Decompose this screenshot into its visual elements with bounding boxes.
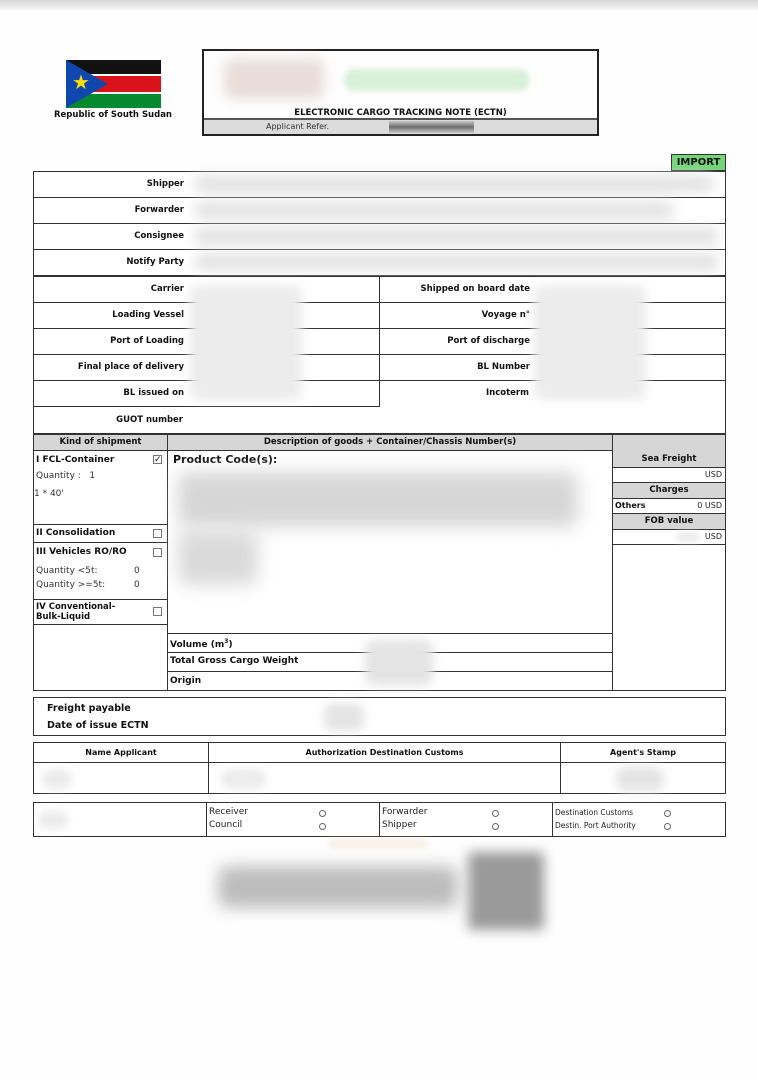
conventional-label: IV Conventional-Bulk-Liquid (36, 602, 115, 622)
redacted-container-numbers (178, 530, 258, 585)
qty-ge5-value: 0 (134, 580, 140, 590)
document-header: ELECTRONIC CARGO TRACKING NOTE (ECTN) Ap… (202, 49, 599, 136)
row-consignee: Consignee (33, 223, 726, 250)
redacted-product-codes (178, 472, 578, 527)
sea-freight-value: USD (612, 467, 726, 483)
forwarder-radio[interactable] (492, 810, 499, 817)
redacted-agency-name (344, 69, 529, 91)
conventional-checkbox[interactable] (153, 607, 162, 616)
product-codes-label: Product Code(s): (173, 453, 277, 466)
fob-currency: USD (705, 532, 722, 541)
import-badge: IMPORT (671, 154, 726, 171)
fob-value-header: FOB value (612, 513, 726, 530)
star-icon: ★ (72, 72, 90, 92)
redacted-value (194, 253, 719, 271)
volume-label-close: ) (228, 640, 232, 650)
bl-number-label: BL Number (380, 362, 530, 372)
vehicles-row: III Vehicles RO/RO Quantity <5t: 0 Quant… (33, 542, 168, 600)
port-of-discharge-label: Port of discharge (380, 336, 530, 346)
carrier-label: Carrier (34, 284, 184, 294)
forwarder-recipient-label: Forwarder (382, 807, 427, 817)
others-row: Others 0 USD (612, 498, 726, 514)
shipper-radio[interactable] (492, 823, 499, 830)
name-applicant-header: Name Applicant (33, 742, 209, 763)
fcl-container-checkbox[interactable]: ✓ (153, 455, 162, 464)
guot-number-label: GUOT number (33, 415, 183, 425)
port-authority-radio[interactable] (664, 823, 671, 830)
redacted-qr-code (468, 852, 544, 930)
vehicles-label: III Vehicles RO/RO (36, 547, 127, 557)
freight-payable-label: Freight payable (47, 703, 131, 714)
port-authority-label: Destin. Port Authority (555, 821, 636, 830)
date-of-issue-label: Date of issue ECTN (47, 720, 149, 731)
consolidation-label: II Consolidation (36, 528, 115, 538)
receiver-radio[interactable] (319, 810, 326, 817)
agent-stamp-cell (560, 762, 726, 794)
kind-of-shipment-header: Kind of shipment (33, 434, 168, 451)
name-applicant-cell (33, 762, 209, 794)
payment-box: Freight payable Date of issue ECTN (33, 697, 726, 736)
fcl-container-label: I FCL-Container (36, 455, 114, 465)
row-shipper: Shipper (33, 171, 726, 198)
redacted-transport-values-right (534, 285, 646, 400)
incoterm-label: Incoterm (379, 388, 529, 398)
volume-label-text: Volume (m (170, 640, 224, 650)
qty-ge5-label: Quantity >=5t: (36, 580, 105, 590)
sea-freight-header: Sea Freight (612, 434, 726, 468)
shipper-label: Shipper (34, 179, 184, 189)
redacted-fob-amount (676, 532, 700, 542)
redacted-transport-values-left (190, 285, 302, 400)
receiver-label: Receiver (209, 807, 248, 817)
forwarder-label: Forwarder (34, 205, 184, 215)
bl-issued-on-label: BL issued on (34, 388, 184, 398)
check-icon: ✓ (154, 455, 162, 465)
applicant-ref-label: Applicant Refer. (266, 122, 329, 131)
weight-label: Total Gross Cargo Weight (170, 656, 298, 666)
volume-label: Volume (m3) (170, 638, 233, 650)
final-place-label: Final place of delivery (34, 362, 184, 372)
redacted-volume-weight (365, 640, 433, 685)
redacted-stamp-trace (328, 840, 428, 848)
redacted-value (194, 201, 674, 219)
others-label: Others (615, 501, 645, 510)
consignee-label: Consignee (34, 231, 184, 241)
qty-lt5-label: Quantity <5t: (36, 566, 98, 576)
fcl-quantity: Quantity : 1 (36, 471, 95, 481)
conventional-label-line1: IV Conventional- (36, 602, 115, 612)
row-forwarder: Forwarder (33, 197, 726, 224)
viewer-top-bar (0, 0, 758, 10)
vehicles-checkbox[interactable] (153, 548, 162, 557)
redacted-payment-values (324, 703, 364, 731)
sea-freight-currency: USD (705, 470, 722, 479)
row-notify-party: Notify Party (33, 249, 726, 276)
shipped-on-board-label: Shipped on board date (380, 284, 530, 294)
conventional-row: IV Conventional-Bulk-Liquid (33, 599, 168, 625)
others-value: 0 USD (697, 501, 722, 510)
charges-header: Charges (612, 482, 726, 499)
council-label: Council (209, 820, 242, 830)
south-sudan-flag: ★ (66, 60, 161, 108)
authorization-header: Authorization Destination Customs (208, 742, 561, 763)
recipient-group-2: Forwarder Shipper (379, 802, 553, 837)
applicant-reference: Applicant Refer. (204, 118, 597, 134)
notify-party-label: Notify Party (34, 257, 184, 267)
quantity-value: 1 (89, 471, 95, 481)
consolidation-checkbox[interactable] (153, 529, 162, 538)
fob-value: USD (612, 529, 726, 545)
recipient-group-3: Destination Customs Destin. Port Authori… (552, 802, 726, 837)
quantity-label: Quantity : (36, 471, 81, 481)
origin-label: Origin (170, 676, 201, 686)
redacted-value (194, 227, 719, 245)
consolidation-row: II Consolidation (33, 524, 168, 543)
voyage-label: Voyage n° (380, 310, 530, 320)
description-header: Description of goods + Container/Chassis… (167, 434, 613, 451)
loading-vessel-label: Loading Vessel (34, 310, 184, 320)
redacted-signature (218, 866, 458, 908)
conventional-label-line2: Bulk-Liquid (36, 612, 90, 622)
recipient-group-1: Receiver Council (206, 802, 380, 837)
redacted-applicant-ref (389, 121, 474, 133)
council-radio[interactable] (319, 823, 326, 830)
document-title: ELECTRONIC CARGO TRACKING NOTE (ECTN) (204, 108, 597, 118)
authorization-cell (208, 762, 561, 794)
port-of-loading-label: Port of Loading (34, 336, 184, 346)
country-name: Republic of South Sudan (52, 110, 174, 120)
recipient-cell-redacted (33, 802, 207, 837)
agent-stamp-header: Agent's Stamp (560, 742, 726, 763)
redacted-logo (224, 59, 324, 99)
destination-customs-label: Destination Customs (555, 808, 633, 817)
qty-lt5-value: 0 (134, 566, 140, 576)
redacted-value (194, 175, 714, 193)
destination-customs-radio[interactable] (664, 810, 671, 817)
container-count: 1 * 40' (34, 489, 64, 499)
shipper-recipient-label: Shipper (382, 820, 417, 830)
